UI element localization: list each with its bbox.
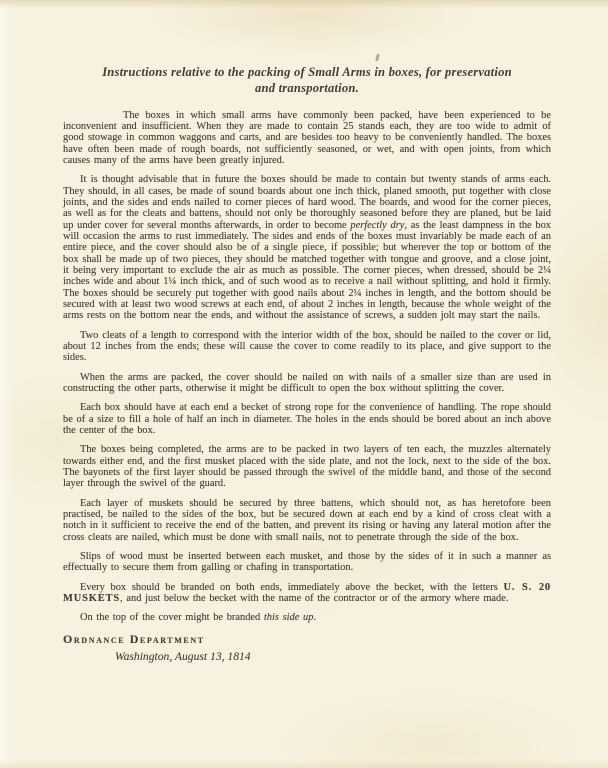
text-run: When the arms are packed, the cover shou… [63,372,551,394]
paragraph: When the arms are packed, the cover shou… [63,372,551,395]
text-run: The boxes being completed, the arms are … [63,444,551,489]
paragraph: It is thought advisable that in future t… [63,174,551,321]
text-run: , and just below the becket with the nam… [120,593,508,604]
paragraph: Each layer of muskets should be secured … [63,498,551,543]
text-run: Slips of wood must be inserted between e… [63,551,551,573]
paragraph: Slips of wood must be inserted between e… [63,551,551,574]
signature-dateline: Washington, August 13, 1814 [115,650,551,663]
document-body: The boxes in which small arms have commo… [63,110,551,624]
document-page: Instructions relative to the packing of … [0,0,608,768]
title-line-1: Instructions relative to the packing of … [102,65,512,79]
pencil-mark [375,54,379,61]
title-line-2: and transportation. [255,81,359,95]
text-run: The boxes in which small arms have commo… [63,110,551,166]
text-run: , as the least dampness in the box will … [63,220,551,322]
text-run: Each layer of muskets should be secured … [63,498,551,543]
paragraph: Each box should have at each end a becke… [63,402,551,436]
paragraph: The boxes being completed, the arms are … [63,444,551,489]
document-title: Instructions relative to the packing of … [63,64,551,97]
text-run: this side up [264,612,314,623]
text-run: Every box should be branded on both ends… [80,582,503,593]
text-run: Each box should have at each end a becke… [63,402,551,436]
text-run: . [313,612,316,623]
paragraph: Two cleats of a length to correspond wit… [63,330,551,364]
paragraph: The boxes in which small arms have commo… [63,110,551,167]
paragraph: On the top of the cover might be branded… [63,612,551,623]
paragraph: Every box should be branded on both ends… [63,582,551,605]
text-run: perfectly dry [350,220,404,231]
signature-block: Ordnance Department Washington, August 1… [63,632,551,663]
signature-department: Ordnance Department [63,632,551,647]
text-run: On the top of the cover might be branded [80,612,264,623]
text-run: Two cleats of a length to correspond wit… [63,330,551,364]
